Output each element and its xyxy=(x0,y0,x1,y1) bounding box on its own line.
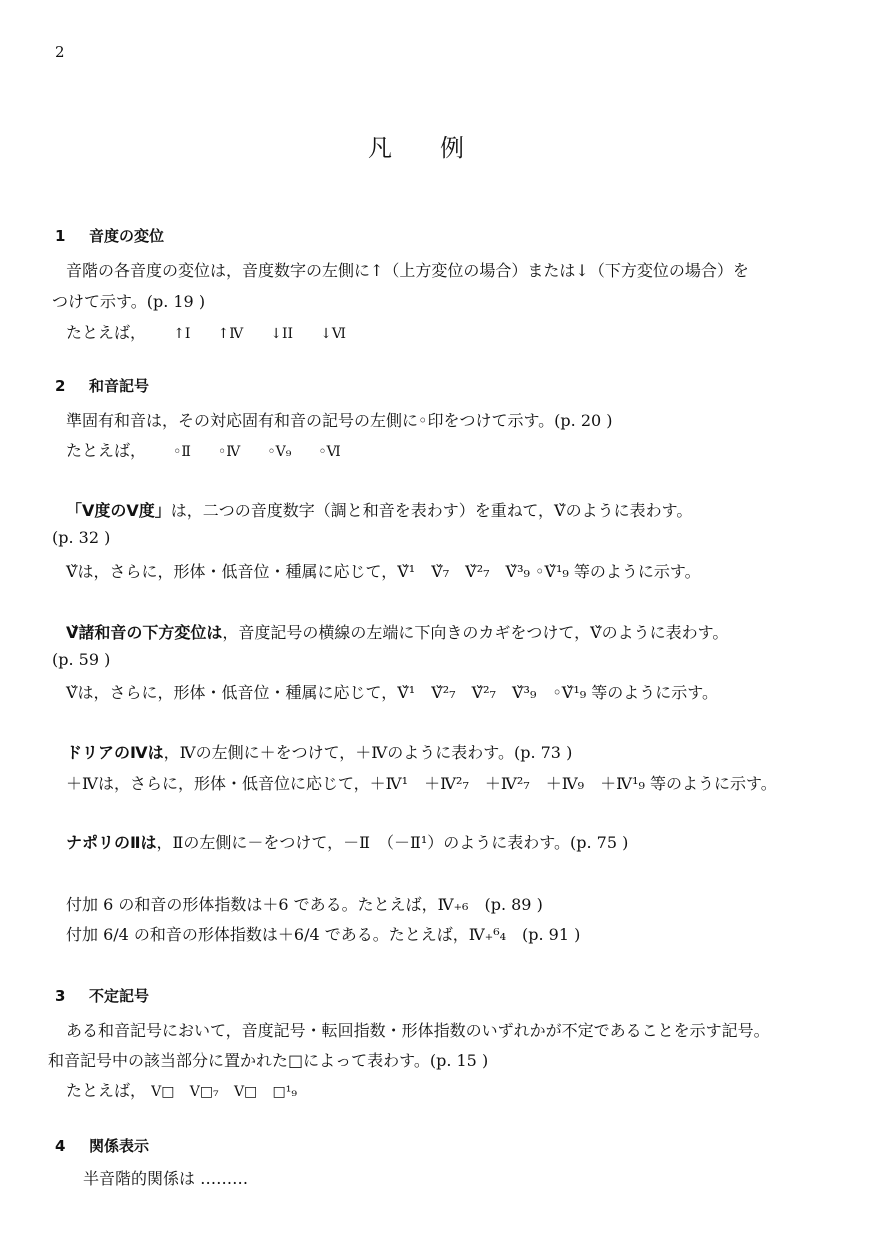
example-symbol: ↑Ⅳ xyxy=(217,326,243,342)
examples-line: たとえば， ◦Ⅱ ◦Ⅳ ◦Ⅴ₉ ◦Ⅵ xyxy=(66,438,341,461)
paragraph-line: Ⅴ̌諸和音の下方変位は，音度記号の横線の左端に下向きのカギをつけて，Ⅴ̌のように… xyxy=(66,620,728,643)
example-symbol: Ⅴ□ xyxy=(151,1084,174,1100)
page-number: 2 xyxy=(55,43,65,61)
section-number: 1 xyxy=(55,227,89,245)
paragraph-line: 準固有和音は，その対応固有和音の記号の左側に◦印をつけて示す。(p. 20 ) xyxy=(66,408,613,431)
example-symbol: ◦Ⅵ xyxy=(318,444,340,460)
section-title: 音度の変位 xyxy=(89,227,164,245)
term-bold: Ⅴ̌諸和音の下方変位は xyxy=(66,623,222,642)
example-symbol: ↓Ⅵ xyxy=(320,326,346,342)
paragraph-text: ，Ⅱの左側に－をつけて，－Ⅱ （－Ⅱ¹）のように表わす。(p. 75 ) xyxy=(157,833,629,852)
page-reference: (p. 59 ) xyxy=(52,650,110,669)
page-title: 凡例 xyxy=(368,128,512,163)
section-title: 関係表示 xyxy=(89,1137,149,1155)
section-number: 3 xyxy=(55,987,89,1005)
section-title: 和音記号 xyxy=(89,377,149,395)
section-2-heading: 2和音記号 xyxy=(55,375,149,396)
example-symbol: ↑I xyxy=(173,326,190,342)
section-1-heading: 1音度の変位 xyxy=(55,225,164,246)
paragraph-line: 付加 6 の和音の形体指数は＋6 である。たとえば，Ⅳ₊₆ (p. 89 ) xyxy=(66,892,543,915)
paragraph-line: ナポリのⅡは，Ⅱの左側に－をつけて，－Ⅱ （－Ⅱ¹）のように表わす。(p. 75… xyxy=(66,830,628,853)
section-number: 2 xyxy=(55,377,89,395)
examples-line: たとえば， ↑I ↑Ⅳ ↓II ↓Ⅵ xyxy=(66,320,346,343)
example-symbol: ◦Ⅱ xyxy=(173,444,191,460)
paragraph-text: は，二つの音度数字（調と和音を表わす）を重ねて，Ⅴ̌のように表わす。 xyxy=(171,501,693,520)
example-symbol: ◦Ⅳ xyxy=(218,444,240,460)
paragraph-text: ，音度記号の横線の左端に下向きのカギをつけて，Ⅴ̌のように表わす。 xyxy=(222,623,728,642)
page-reference: (p. 32 ) xyxy=(52,528,110,547)
example-symbol: ◦Ⅴ₉ xyxy=(267,444,291,460)
paragraph-line: ＋Ⅳは，さらに，形体・低音位に応じて，＋Ⅳ¹ ＋Ⅳ²₇ ＋Ⅳ²₇ ＋Ⅳ₉ ＋Ⅳ¹… xyxy=(66,771,777,794)
examples-label: たとえば， xyxy=(66,1081,146,1100)
paragraph-line: 「Ⅴ度のⅤ度」は，二つの音度数字（調と和音を表わす）を重ねて，Ⅴ̌のように表わす… xyxy=(66,498,692,521)
paragraph-line: 半音階的関係は ……… xyxy=(83,1166,248,1189)
examples-label: たとえば， xyxy=(66,441,146,460)
paragraph-line: 付加 6/4 の和音の形体指数は＋6/4 である。たとえば，Ⅳ₊⁶₄ (p. 9… xyxy=(66,922,580,945)
term-bold: 「Ⅴ度のⅤ度」 xyxy=(66,501,171,520)
paragraph-line: ある和音記号において，音度記号・転回指数・形体指数のいずれかが不定であることを示… xyxy=(66,1018,770,1041)
example-symbol: □¹₉ xyxy=(273,1084,297,1100)
paragraph-line: Ⅴ̌は，さらに，形体・低音位・種属に応じて，Ⅴ̌¹ Ⅴ̌²₇ Ⅴ̌²₇ Ⅴ̌³₉… xyxy=(66,680,718,703)
section-3-heading: 3不定記号 xyxy=(55,985,149,1006)
section-4-heading: 4関係表示 xyxy=(55,1135,149,1156)
example-symbol: Ⅴ□ xyxy=(234,1084,257,1100)
paragraph-line: 音階の各音度の変位は，音度数字の左側に↑（上方変位の場合）または↓（下方変位の場… xyxy=(66,258,749,281)
section-number: 4 xyxy=(55,1137,89,1155)
term-bold: ナポリのⅡは xyxy=(66,833,157,852)
paragraph-line: Ⅴ̌は，さらに，形体・低音位・種属に応じて，Ⅴ̌¹ Ⅴ̌₇ Ⅴ̌²₇ Ⅴ̌³₉ … xyxy=(66,559,701,582)
term-bold: ドリアのⅣは xyxy=(66,743,164,762)
section-title: 不定記号 xyxy=(89,987,149,1005)
paragraph-text: ，Ⅳの左側に＋をつけて，＋Ⅳのように表わす。(p. 73 ) xyxy=(164,743,573,762)
example-symbol: Ⅴ□₇ xyxy=(190,1084,219,1100)
examples-label: たとえば， xyxy=(66,323,146,342)
paragraph-line: ドリアのⅣは，Ⅳの左側に＋をつけて，＋Ⅳのように表わす。(p. 73 ) xyxy=(66,740,572,763)
paragraph-line: つけて示す。(p. 19 ) xyxy=(52,289,205,312)
example-symbol: ↓II xyxy=(270,326,293,342)
paragraph-line: 和音記号中の該当部分に置かれた□によって表わす。(p. 15 ) xyxy=(48,1048,488,1071)
examples-line: たとえば， Ⅴ□ Ⅴ□₇ Ⅴ□ □¹₉ xyxy=(66,1078,297,1101)
